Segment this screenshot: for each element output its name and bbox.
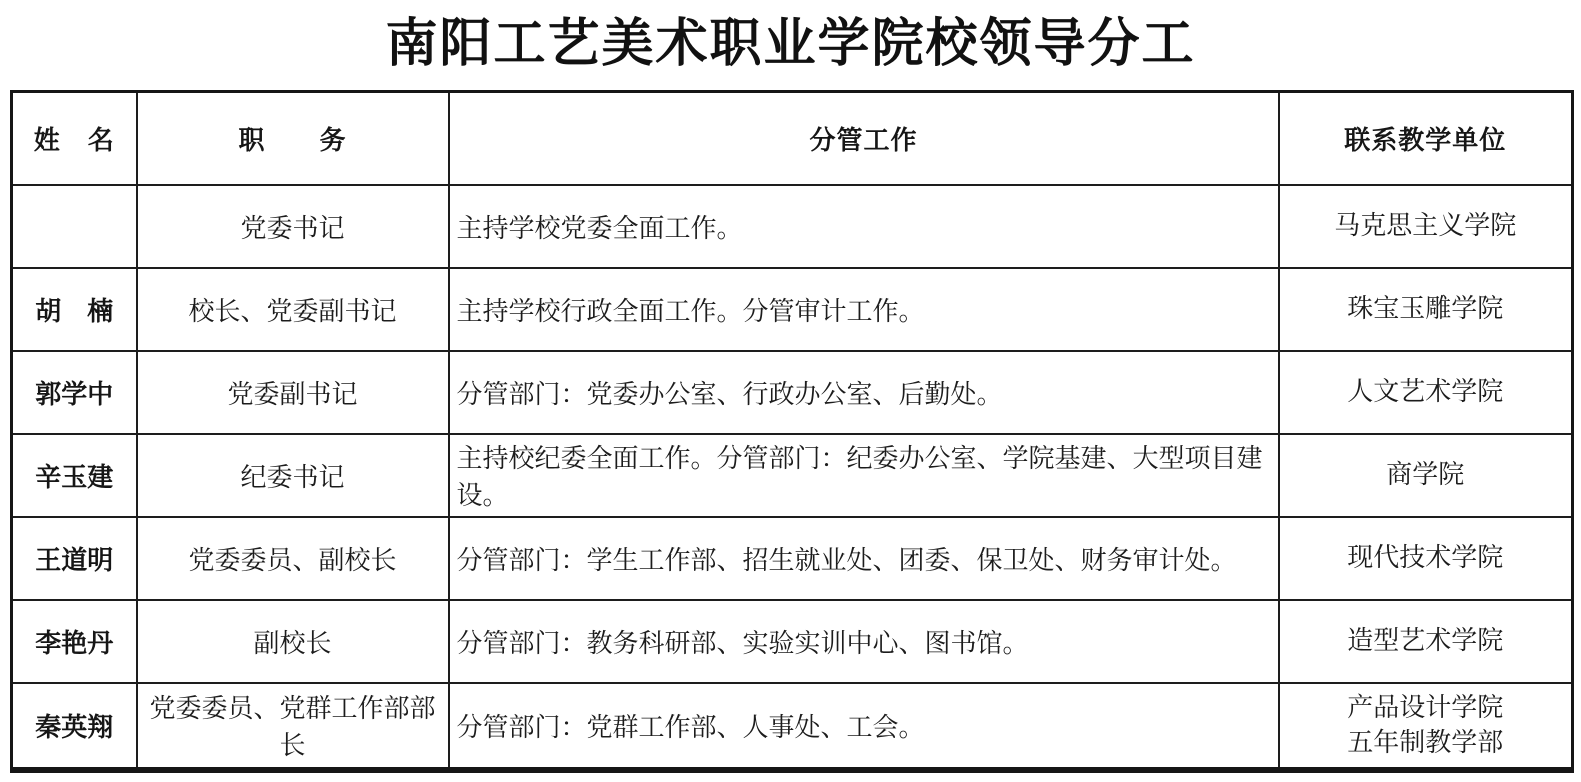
cell-unit: 珠宝玉雕学院	[1279, 268, 1573, 351]
cell-name: 李艳丹	[12, 600, 137, 683]
cell-position: 党委委员、党群工作部部长	[137, 683, 449, 770]
col-header-unit: 联系教学单位	[1279, 92, 1573, 185]
cell-position: 党委委员、副校长	[137, 517, 449, 600]
table-row: 郭学中 党委副书记 分管部门：党委办公室、行政办公室、后勤处。 人文艺术学院	[12, 351, 1573, 434]
col-header-duties: 分管工作	[449, 92, 1279, 185]
header-row: 姓 名 职 务 分管工作 联系教学单位	[12, 92, 1573, 185]
cell-unit: 马克思主义学院	[1279, 185, 1573, 268]
cell-name: 辛玉建	[12, 434, 137, 517]
col-header-name: 姓 名	[12, 92, 137, 185]
table-row: 李艳丹 副校长 分管部门：教务科研部、实验实训中心、图书馆。 造型艺术学院	[12, 600, 1573, 683]
cell-unit: 商学院	[1279, 434, 1573, 517]
table-row: 党委书记 主持学校党委全面工作。 马克思主义学院	[12, 185, 1573, 268]
cell-name: 王道明	[12, 517, 137, 600]
document-title: 南阳工艺美术职业学院校领导分工	[0, 0, 1581, 90]
table-row: 王道明 党委委员、副校长 分管部门：学生工作部、招生就业处、团委、保卫处、财务审…	[12, 517, 1573, 600]
cell-position: 副校长	[137, 600, 449, 683]
document-page: 南阳工艺美术职业学院校领导分工 姓 名 职 务 分管工作 联系教学单位 党委书记…	[0, 0, 1581, 782]
cell-name: 郭学中	[12, 351, 137, 434]
cell-duties: 主持学校行政全面工作。分管审计工作。	[449, 268, 1279, 351]
cell-position: 党委副书记	[137, 351, 449, 434]
cell-duties: 主持学校党委全面工作。	[449, 185, 1279, 268]
cell-name: 胡 楠	[12, 268, 137, 351]
table-row: 秦英翔 党委委员、党群工作部部长 分管部门：党群工作部、人事处、工会。 产品设计…	[12, 683, 1573, 770]
cell-name: 秦英翔	[12, 683, 137, 770]
cell-unit: 现代技术学院	[1279, 517, 1573, 600]
table-row: 辛玉建 纪委书记 主持校纪委全面工作。分管部门：纪委办公室、学院基建、大型项目建…	[12, 434, 1573, 517]
cell-duties: 主持校纪委全面工作。分管部门：纪委办公室、学院基建、大型项目建设。	[449, 434, 1279, 517]
cell-unit: 人文艺术学院	[1279, 351, 1573, 434]
cell-duties: 分管部门：学生工作部、招生就业处、团委、保卫处、财务审计处。	[449, 517, 1279, 600]
cell-position: 校长、党委副书记	[137, 268, 449, 351]
cell-unit: 造型艺术学院	[1279, 600, 1573, 683]
cell-unit: 产品设计学院 五年制教学部	[1279, 683, 1573, 770]
cell-position: 纪委书记	[137, 434, 449, 517]
col-header-position: 职 务	[137, 92, 449, 185]
cell-duties: 分管部门：党委办公室、行政办公室、后勤处。	[449, 351, 1279, 434]
leadership-table: 姓 名 职 务 分管工作 联系教学单位 党委书记 主持学校党委全面工作。 马克思…	[10, 90, 1574, 773]
cell-name	[12, 185, 137, 268]
cell-position: 党委书记	[137, 185, 449, 268]
cell-duties: 分管部门：党群工作部、人事处、工会。	[449, 683, 1279, 770]
cell-duties: 分管部门：教务科研部、实验实训中心、图书馆。	[449, 600, 1279, 683]
table-row: 胡 楠 校长、党委副书记 主持学校行政全面工作。分管审计工作。 珠宝玉雕学院	[12, 268, 1573, 351]
